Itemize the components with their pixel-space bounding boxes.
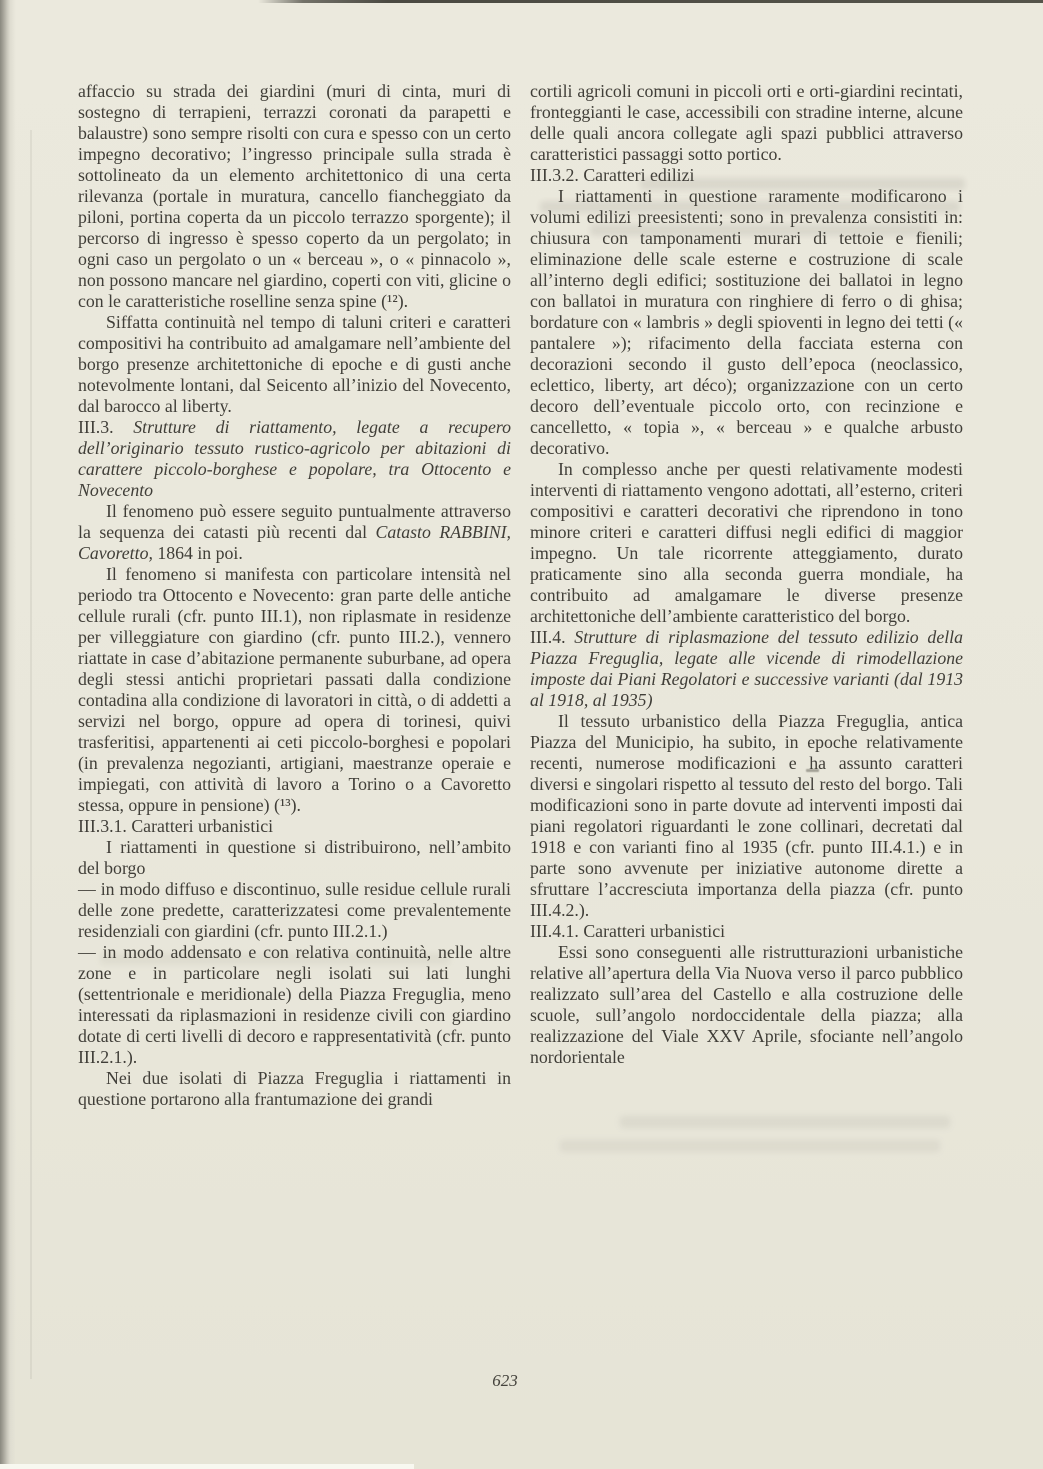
bleedthrough-ghost — [560, 1140, 940, 1152]
paragraph: I riattamenti in questione si distribuir… — [78, 837, 511, 879]
paragraph: Essi sono conseguenti alle ristrutturazi… — [530, 942, 963, 1068]
paragraph: I riattamenti in questione raramente mod… — [530, 186, 963, 459]
dash-item: — in modo diffuso e discontinuo, sulle r… — [78, 879, 511, 942]
paragraph-continuation: cortili agricoli comuni in piccoli orti … — [530, 81, 963, 165]
paragraph: Il tessuto urbanistico della Piazza Freg… — [530, 711, 963, 921]
section-title: Strutture di riplasmazione del tessuto e… — [530, 627, 963, 710]
subsection-heading-iii-4-1: III.4.1. Caratteri urbanistici — [530, 921, 963, 942]
paragraph: Il fenomeno si manifesta con particolare… — [78, 564, 511, 816]
paragraph: In complesso anche per questi relativame… — [530, 459, 963, 627]
left-column: affaccio su strada dei giardini (muri di… — [78, 81, 511, 1110]
subsection-heading-iii-3-1: III.3.1. Caratteri urbanistici — [78, 816, 511, 837]
scan-edge-bottom — [0, 1464, 414, 1469]
scan-edge-top — [258, 0, 1043, 3]
page-number: 623 — [425, 1371, 585, 1391]
section-title: Strutture di riattamento, legate a recup… — [78, 417, 511, 500]
binding-crease — [30, 130, 32, 1379]
bleedthrough-ghost — [620, 1116, 950, 1128]
section-number: III.3. — [78, 417, 114, 437]
section-number: III.4. — [530, 627, 566, 647]
text-segment: 1864 in poi. — [153, 543, 243, 563]
paragraph-continuation: affaccio su strada dei giardini (muri di… — [78, 81, 511, 312]
scan-edge-left — [0, 0, 16, 1469]
subsection-heading-iii-3-2: III.3.2. Caratteri edilizi — [530, 165, 963, 186]
dash-item: — in modo addensato e con relativa conti… — [78, 942, 511, 1068]
scanned-book-page: { "page": { "number": "623" }, "left_col… — [0, 0, 1043, 1469]
section-heading-iii-4: III.4. Strutture di riplasmazione del te… — [530, 627, 963, 711]
paragraph: Nei due isolati di Piazza Freguglia i ri… — [78, 1068, 511, 1110]
section-heading-iii-3: III.3. Strutture di riattamento, legate … — [78, 417, 511, 501]
right-column: cortili agricoli comuni in piccoli orti … — [530, 81, 963, 1068]
paragraph: Il fenomeno può essere seguito puntualme… — [78, 501, 511, 564]
paragraph: Siffatta continuità nel tempo di taluni … — [78, 312, 511, 417]
